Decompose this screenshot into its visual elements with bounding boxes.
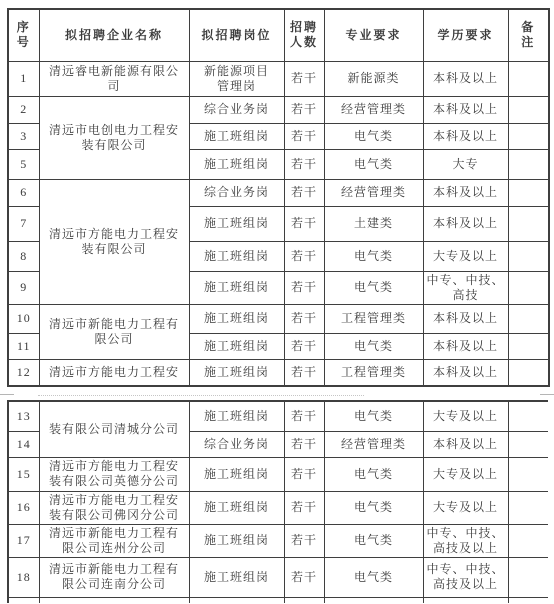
table-row: 12 清远市方能电力工程安 施工班组岗 若干 工程管理类 本科及以上 bbox=[8, 359, 549, 386]
cell-seq: 13 bbox=[8, 401, 39, 431]
cell-position: 施工班组岗 bbox=[189, 333, 284, 359]
header-position: 拟招聘岗位 bbox=[189, 9, 284, 61]
cell-position: 施工班组岗 bbox=[189, 401, 284, 431]
header-company: 拟招聘企业名称 bbox=[39, 9, 189, 61]
cell-company: 清远市电创电力工程安 装有限公司 bbox=[39, 96, 189, 179]
cell-position: 施工班组岗 bbox=[189, 557, 284, 597]
page-edge-right bbox=[540, 394, 554, 395]
cell-major: 经营管理类 bbox=[324, 431, 423, 457]
cell-major: 工程管理类 bbox=[324, 304, 423, 333]
cell-company: 清远市新能电力工程有 限公司 bbox=[39, 304, 189, 359]
cell-major: 电气类 bbox=[324, 491, 423, 524]
cell-position: 综合业务岗 bbox=[189, 179, 284, 206]
cell-note bbox=[508, 491, 548, 524]
cell-major: 电气类 bbox=[324, 524, 423, 557]
table-row: 15 清远市方能电力工程安 装有限公司英德分公司 施工班组岗 若干 电气类 大专… bbox=[8, 457, 548, 491]
cell-position: 施工班组岗 bbox=[189, 206, 284, 241]
cell-count: 若干 bbox=[284, 557, 324, 597]
cell-note bbox=[508, 123, 549, 149]
cell-education bbox=[423, 597, 508, 603]
cell-position: 施工班组岗 bbox=[189, 123, 284, 149]
table-row: 1 清远睿电新能源有限公 司 新能源项目 管理岗 若干 新能源类 本科及以上 bbox=[8, 61, 549, 96]
recruitment-table-page1: 序 号 拟招聘企业名称 拟招聘岗位 招聘 人数 专业要求 学历要求 备 注 1 … bbox=[7, 8, 550, 387]
cell-position: 施工班组岗 bbox=[189, 457, 284, 491]
cell-seq: 10 bbox=[8, 304, 39, 333]
cell-major: 电气类 bbox=[324, 271, 423, 304]
cell-note bbox=[508, 359, 549, 386]
cell-count: 若干 bbox=[284, 457, 324, 491]
cell-note bbox=[508, 271, 549, 304]
cell-position: 施工班组岗 bbox=[189, 241, 284, 271]
cell-seq: 17 bbox=[8, 524, 39, 557]
cell-major: 新能源类 bbox=[324, 61, 423, 96]
cell-position: 施工班组岗 bbox=[189, 359, 284, 386]
cell-position: 施工班组岗 bbox=[189, 491, 284, 524]
page-break bbox=[0, 387, 554, 400]
cell-company: 清远市方能电力工程安 装有限公司佛冈分公司 bbox=[39, 491, 189, 524]
cell-major: 经营管理类 bbox=[324, 179, 423, 206]
cell-seq: 9 bbox=[8, 271, 39, 304]
document-page: 序 号 拟招聘企业名称 拟招聘岗位 招聘 人数 专业要求 学历要求 备 注 1 … bbox=[0, 0, 554, 603]
cell-major: 经营管理类 bbox=[324, 96, 423, 123]
cell-education: 大专及以上 bbox=[423, 491, 508, 524]
cell-education: 大专 bbox=[423, 149, 508, 179]
table-header-row: 序 号 拟招聘企业名称 拟招聘岗位 招聘 人数 专业要求 学历要求 备 注 bbox=[8, 9, 549, 61]
cell-education: 本科及以上 bbox=[423, 431, 508, 457]
cell-position: 施工班组岗 bbox=[189, 304, 284, 333]
cell-note bbox=[508, 179, 549, 206]
cell-position: 施工班组岗 bbox=[189, 271, 284, 304]
cell-note bbox=[508, 61, 549, 96]
cell-note bbox=[508, 96, 549, 123]
cell-major: 电气类 bbox=[324, 149, 423, 179]
cell-company: 清远市新能电力工程有 限公司连南分公司 bbox=[39, 557, 189, 597]
cell-major: 工程管理类 bbox=[324, 359, 423, 386]
cell-seq: 11 bbox=[8, 333, 39, 359]
cell-count: 若干 bbox=[284, 123, 324, 149]
cell-position: 新能源项目 管理岗 bbox=[189, 61, 284, 96]
cell-seq: 12 bbox=[8, 359, 39, 386]
table-row: 2 清远市电创电力工程安 装有限公司 综合业务岗 若干 经营管理类 本科及以上 bbox=[8, 96, 549, 123]
header-major: 专业要求 bbox=[324, 9, 423, 61]
table-row: 6 清远市方能电力工程安 装有限公司 综合业务岗 若干 经营管理类 本科及以上 bbox=[8, 179, 549, 206]
cell-count: 若干 bbox=[284, 96, 324, 123]
cell-note bbox=[508, 149, 549, 179]
cell-count: 若干 bbox=[284, 271, 324, 304]
cell-note bbox=[508, 401, 548, 431]
cell-education: 中专、中技、 高技 bbox=[423, 271, 508, 304]
cell-note bbox=[508, 557, 548, 597]
cell-major: 电气类 bbox=[324, 557, 423, 597]
cell-major: 电气类 bbox=[324, 123, 423, 149]
cell-count: 若干 bbox=[284, 304, 324, 333]
cell-education: 本科及以上 bbox=[423, 179, 508, 206]
cell-company: 清远市方能电力工程安 装有限公司英德分公司 bbox=[39, 457, 189, 491]
cell-note bbox=[508, 597, 548, 603]
cell-education: 大专及以上 bbox=[423, 401, 508, 431]
cell-seq: 5 bbox=[8, 149, 39, 179]
cell-seq: 3 bbox=[8, 123, 39, 149]
cell-count: 若干 bbox=[284, 359, 324, 386]
cell-company: 装有限公司清城分公司 bbox=[39, 401, 189, 457]
cell-education: 本科及以上 bbox=[423, 123, 508, 149]
cell-education: 本科及以上 bbox=[423, 359, 508, 386]
cell-education: 大专及以上 bbox=[423, 241, 508, 271]
cell-major bbox=[324, 597, 423, 603]
table-row: 18 清远市新能电力工程有 限公司连南分公司 施工班组岗 若干 电气类 中专、中… bbox=[8, 557, 548, 597]
cell-count: 若干 bbox=[284, 491, 324, 524]
cell-note bbox=[508, 206, 549, 241]
cell-seq: 6 bbox=[8, 179, 39, 206]
cell-education: 本科及以上 bbox=[423, 206, 508, 241]
cell-count: 若干 bbox=[284, 206, 324, 241]
header-seq: 序 号 bbox=[8, 9, 39, 61]
cell-education: 本科及以上 bbox=[423, 333, 508, 359]
cell-count: 若干 bbox=[284, 149, 324, 179]
table-row: 16 清远市方能电力工程安 装有限公司佛冈分公司 施工班组岗 若干 电气类 大专… bbox=[8, 491, 548, 524]
cell-note bbox=[508, 431, 548, 457]
page-break-dotted-line bbox=[38, 395, 364, 396]
cell-count: 若干 bbox=[284, 241, 324, 271]
cell-seq: 16 bbox=[8, 491, 39, 524]
cell-position: 施工班组岗 bbox=[189, 149, 284, 179]
recruitment-table-page2: 13 装有限公司清城分公司 施工班组岗 若干 电气类 大专及以上 14 综合业务… bbox=[7, 400, 548, 603]
header-count: 招聘 人数 bbox=[284, 9, 324, 61]
cell-position: 综合业务岗 bbox=[189, 96, 284, 123]
cell-major: 电气类 bbox=[324, 457, 423, 491]
cell-company: 清远市方能电力工程安 装有限公司 bbox=[39, 179, 189, 304]
page2-table-clip: 13 装有限公司清城分公司 施工班组岗 若干 电气类 大专及以上 14 综合业务… bbox=[7, 400, 548, 603]
cell-note bbox=[508, 524, 548, 557]
cell-major: 电气类 bbox=[324, 241, 423, 271]
header-education: 学历要求 bbox=[423, 9, 508, 61]
cell-major: 土建类 bbox=[324, 206, 423, 241]
page-edge-left bbox=[0, 394, 14, 395]
cell-seq: 18 bbox=[8, 557, 39, 597]
cell-count: 若干 bbox=[284, 524, 324, 557]
cell-education: 中专、中技、 高技及以上 bbox=[423, 524, 508, 557]
cell-seq: 14 bbox=[8, 431, 39, 457]
cell-position: 施工班组岗 bbox=[189, 524, 284, 557]
cell-count: 若干 bbox=[284, 431, 324, 457]
cell-seq: 15 bbox=[8, 457, 39, 491]
cell-seq: 1 bbox=[8, 61, 39, 96]
cell-note bbox=[508, 241, 549, 271]
cell-position bbox=[189, 597, 284, 603]
cell-education: 中专、中技、 高技及以上 bbox=[423, 557, 508, 597]
cell-note bbox=[508, 333, 549, 359]
table-row: 17 清远市新能电力工程有 限公司连州分公司 施工班组岗 若干 电气类 中专、中… bbox=[8, 524, 548, 557]
cell-seq: 8 bbox=[8, 241, 39, 271]
cell-seq: 7 bbox=[8, 206, 39, 241]
cell-company: 清远睿电新能源有限公 司 bbox=[39, 61, 189, 96]
cell-company: 清远市方能电力工程安 bbox=[39, 359, 189, 386]
cell-count: 若干 bbox=[284, 179, 324, 206]
table-row: 13 装有限公司清城分公司 施工班组岗 若干 电气类 大专及以上 bbox=[8, 401, 548, 431]
cell-count: 若干 bbox=[284, 333, 324, 359]
cell-note bbox=[508, 457, 548, 491]
cell-count: 若干 bbox=[284, 401, 324, 431]
cell-major: 电气类 bbox=[324, 333, 423, 359]
table-row-cutoff bbox=[8, 597, 548, 603]
cell-note bbox=[508, 304, 549, 333]
cell-count bbox=[284, 597, 324, 603]
cell-position: 综合业务岗 bbox=[189, 431, 284, 457]
header-note: 备 注 bbox=[508, 9, 549, 61]
cell-major: 电气类 bbox=[324, 401, 423, 431]
cell-education: 本科及以上 bbox=[423, 96, 508, 123]
cell-seq bbox=[8, 597, 39, 603]
cell-education: 本科及以上 bbox=[423, 304, 508, 333]
cell-count: 若干 bbox=[284, 61, 324, 96]
cell-company bbox=[39, 597, 189, 603]
cell-education: 本科及以上 bbox=[423, 61, 508, 96]
cell-education: 大专及以上 bbox=[423, 457, 508, 491]
cell-seq: 2 bbox=[8, 96, 39, 123]
cell-company: 清远市新能电力工程有 限公司连州分公司 bbox=[39, 524, 189, 557]
table-row: 10 清远市新能电力工程有 限公司 施工班组岗 若干 工程管理类 本科及以上 bbox=[8, 304, 549, 333]
